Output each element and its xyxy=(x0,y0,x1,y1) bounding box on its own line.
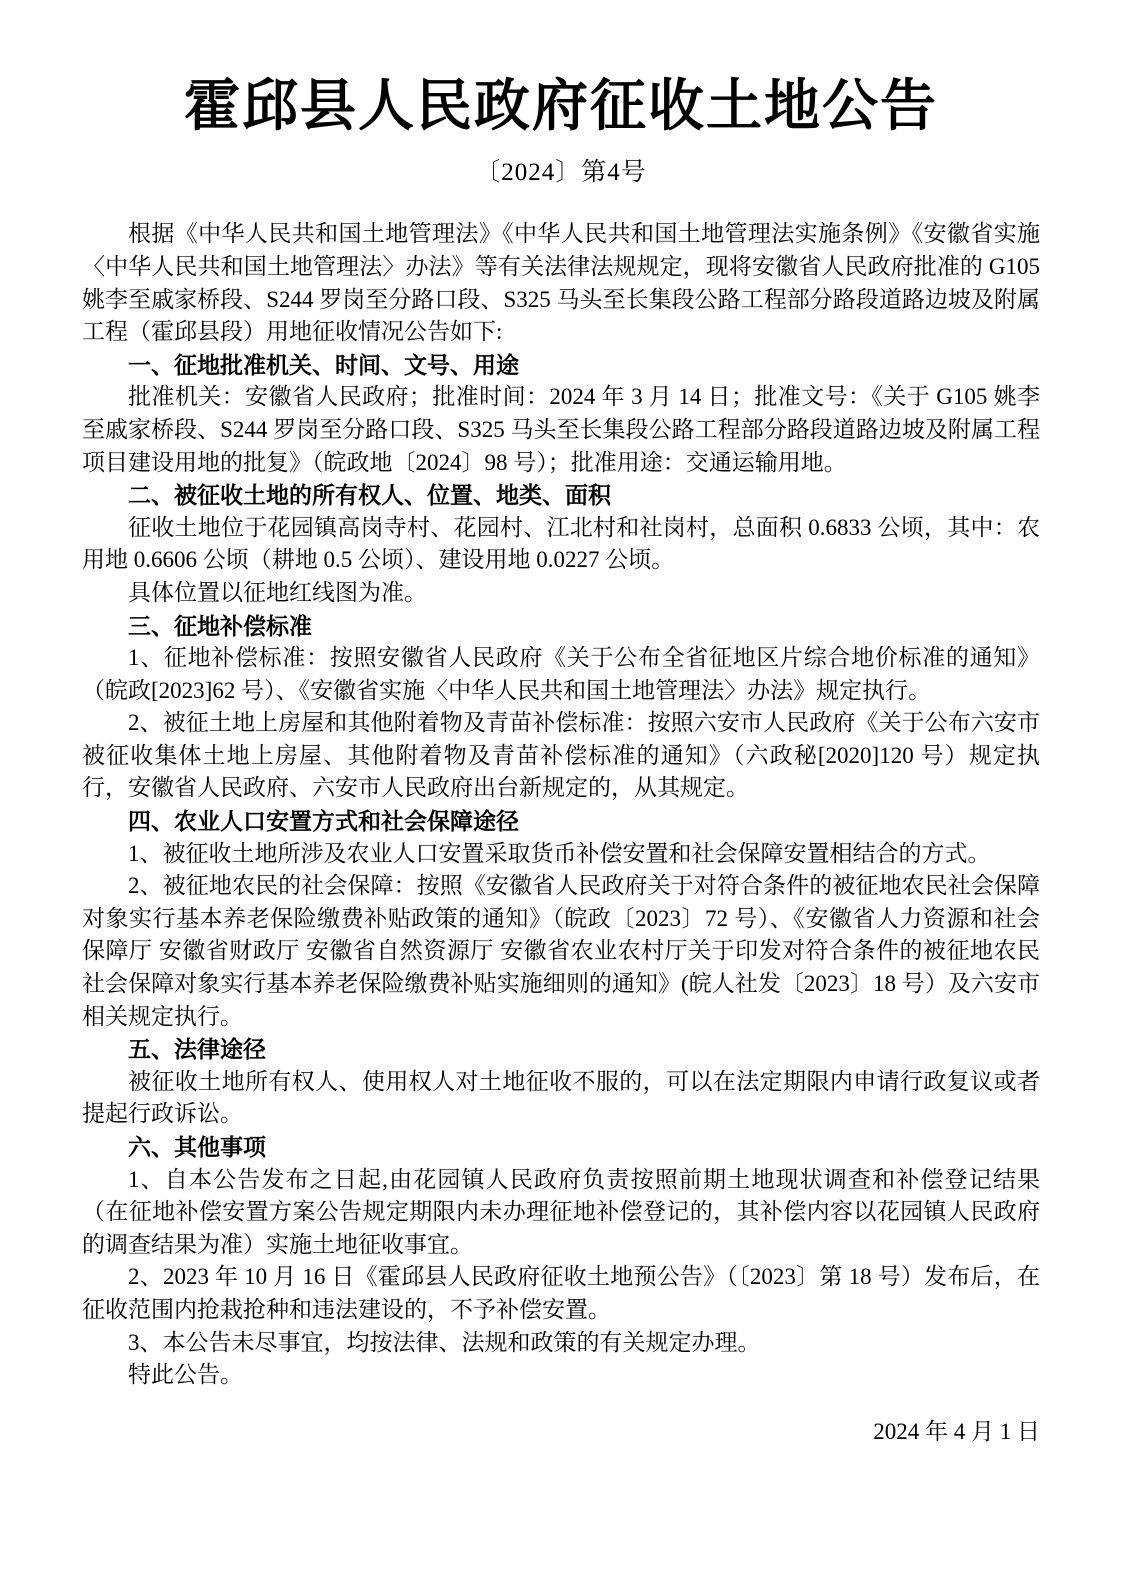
body-paragraph: 3、本公告未尽事宜，均按法律、法规和政策的有关规定办理。 xyxy=(82,1327,1040,1360)
body-paragraph: 被征收土地所有权人、使用权人对土地征收不服的，可以在法定期限内申请行政复议或者提… xyxy=(82,1066,1040,1131)
section-heading: 二、被征收土地的所有权人、位置、地类、面积 xyxy=(82,479,1040,512)
section-heading: 四、农业人口安置方式和社会保障途径 xyxy=(82,805,1040,838)
doc-number: 〔2024〕第4号 xyxy=(82,152,1040,188)
date-line: 2024 年 4 月 1 日 xyxy=(82,1416,1040,1449)
section-heading: 六、其他事项 xyxy=(82,1131,1040,1164)
body-paragraph: 具体位置以征地红线图为准。 xyxy=(82,577,1040,610)
body-paragraph: 2、被征地农民的社会保障：按照《安徽省人民政府关于对符合条件的被征地农民社会保障… xyxy=(82,870,1040,1033)
body-paragraph: 1、征地补偿标准：按照安徽省人民政府《关于公布全省征地区片综合地价标准的通知》（… xyxy=(82,642,1040,707)
body-paragraph: 批准机关：安徽省人民政府；批准时间：2024 年 3 月 14 日；批准文号：《… xyxy=(82,381,1040,479)
body-paragraph: 1、自本公告发布之日起,由花园镇人民政府负责按照前期土地现状调查和补偿登记结果（… xyxy=(82,1164,1040,1262)
body-paragraph: 征收土地位于花园镇高岗寺村、花园村、江北村和社岗村，总面积 0.6833 公顷，… xyxy=(82,512,1040,577)
section-heading: 五、法律途径 xyxy=(82,1033,1040,1066)
section-heading: 一、征地批准机关、时间、文号、用途 xyxy=(82,349,1040,382)
body-paragraph: 根据《中华人民共和国土地管理法》《中华人民共和国土地管理法实施条例》《安徽省实施… xyxy=(82,218,1040,348)
body-paragraph: 1、被征收土地所涉及农业人口安置采取货币补偿安置和社会保障安置相结合的方式。 xyxy=(82,838,1040,871)
body-paragraph: 特此公告。 xyxy=(82,1359,1040,1392)
body-paragraph: 2、2023 年 10 月 16 日《霍邱县人民政府征收土地预公告》（〔2023… xyxy=(82,1261,1040,1326)
body-paragraph: 2、被征土地上房屋和其他附着物及青苗补偿标准：按照六安市人民政府《关于公布六安市… xyxy=(82,707,1040,805)
document-page: 霍邱县人民政府征收土地公告 〔2024〕第4号 根据《中华人民共和国土地管理法》… xyxy=(0,0,1122,1587)
section-heading: 三、征地补偿标准 xyxy=(82,610,1040,643)
page-title: 霍邱县人民政府征收土地公告 xyxy=(82,74,1040,138)
document-body: 根据《中华人民共和国土地管理法》《中华人民共和国土地管理法实施条例》《安徽省实施… xyxy=(82,218,1040,1391)
